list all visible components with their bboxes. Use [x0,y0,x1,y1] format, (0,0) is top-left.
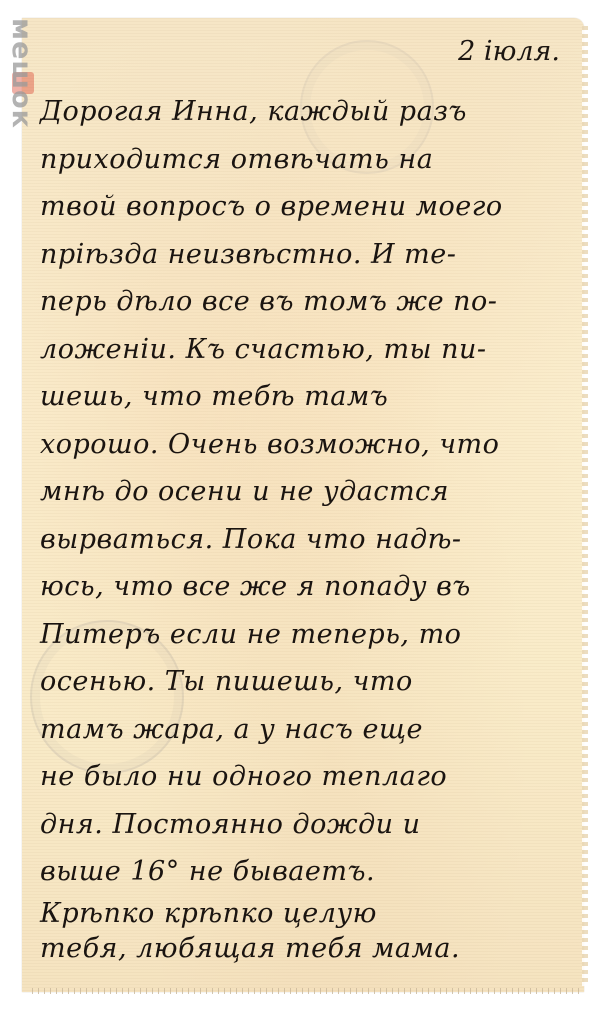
letter-date: 2 іюля. [458,36,560,67]
letter-line: шешь, что тебѣ тамъ [40,373,580,421]
letter-line: вырваться. Пока что надѣ- [40,516,580,564]
letter-line: Дорогая Инна, каждый разъ [40,88,580,136]
letter-line: Питеръ если не теперь, то [40,611,580,659]
letter-lines: Дорогая Инна, каждый разъ приходится отв… [40,88,580,966]
letter-line: тамъ жара, а у насъ еще [40,706,580,754]
letter-line: пріѣзда неизвѣстно. И те- [40,231,580,279]
letter-line: твой вопросъ о времени моего [40,183,580,231]
deckled-right-edge [582,26,588,986]
scanned-letter-image: мешок 2 іюля. Дорогая Инна, каждый разъ … [0,0,600,1034]
letter-line: не было ни одного теплаго [40,753,580,801]
letter-line: приходится отвѣчать на [40,136,580,184]
letter-line: перь дѣло все въ томъ же по- [40,278,580,326]
letter-line: ложеніи. Къ счастью, ты пи- [40,326,580,374]
letter-line: Крѣпко крѣпко целую [40,896,580,931]
letter-line: осенью. Ты пишешь, что [40,658,580,706]
letter-line: юсь, что все же я попаду въ [40,563,580,611]
watermark: мешок [4,8,38,138]
watermark-text: мешок [6,18,37,129]
letter-line: мнѣ до осени и не удастся [40,468,580,516]
letter-line: выше 16° не бываетъ. [40,848,580,896]
letter-line: хорошо. Очень возможно, что [40,421,580,469]
perforated-bottom-edge [32,988,580,994]
letter-line: тебя, любящая тебя мама. [40,931,580,966]
letter-line: дня. Постоянно дожди и [40,801,580,849]
